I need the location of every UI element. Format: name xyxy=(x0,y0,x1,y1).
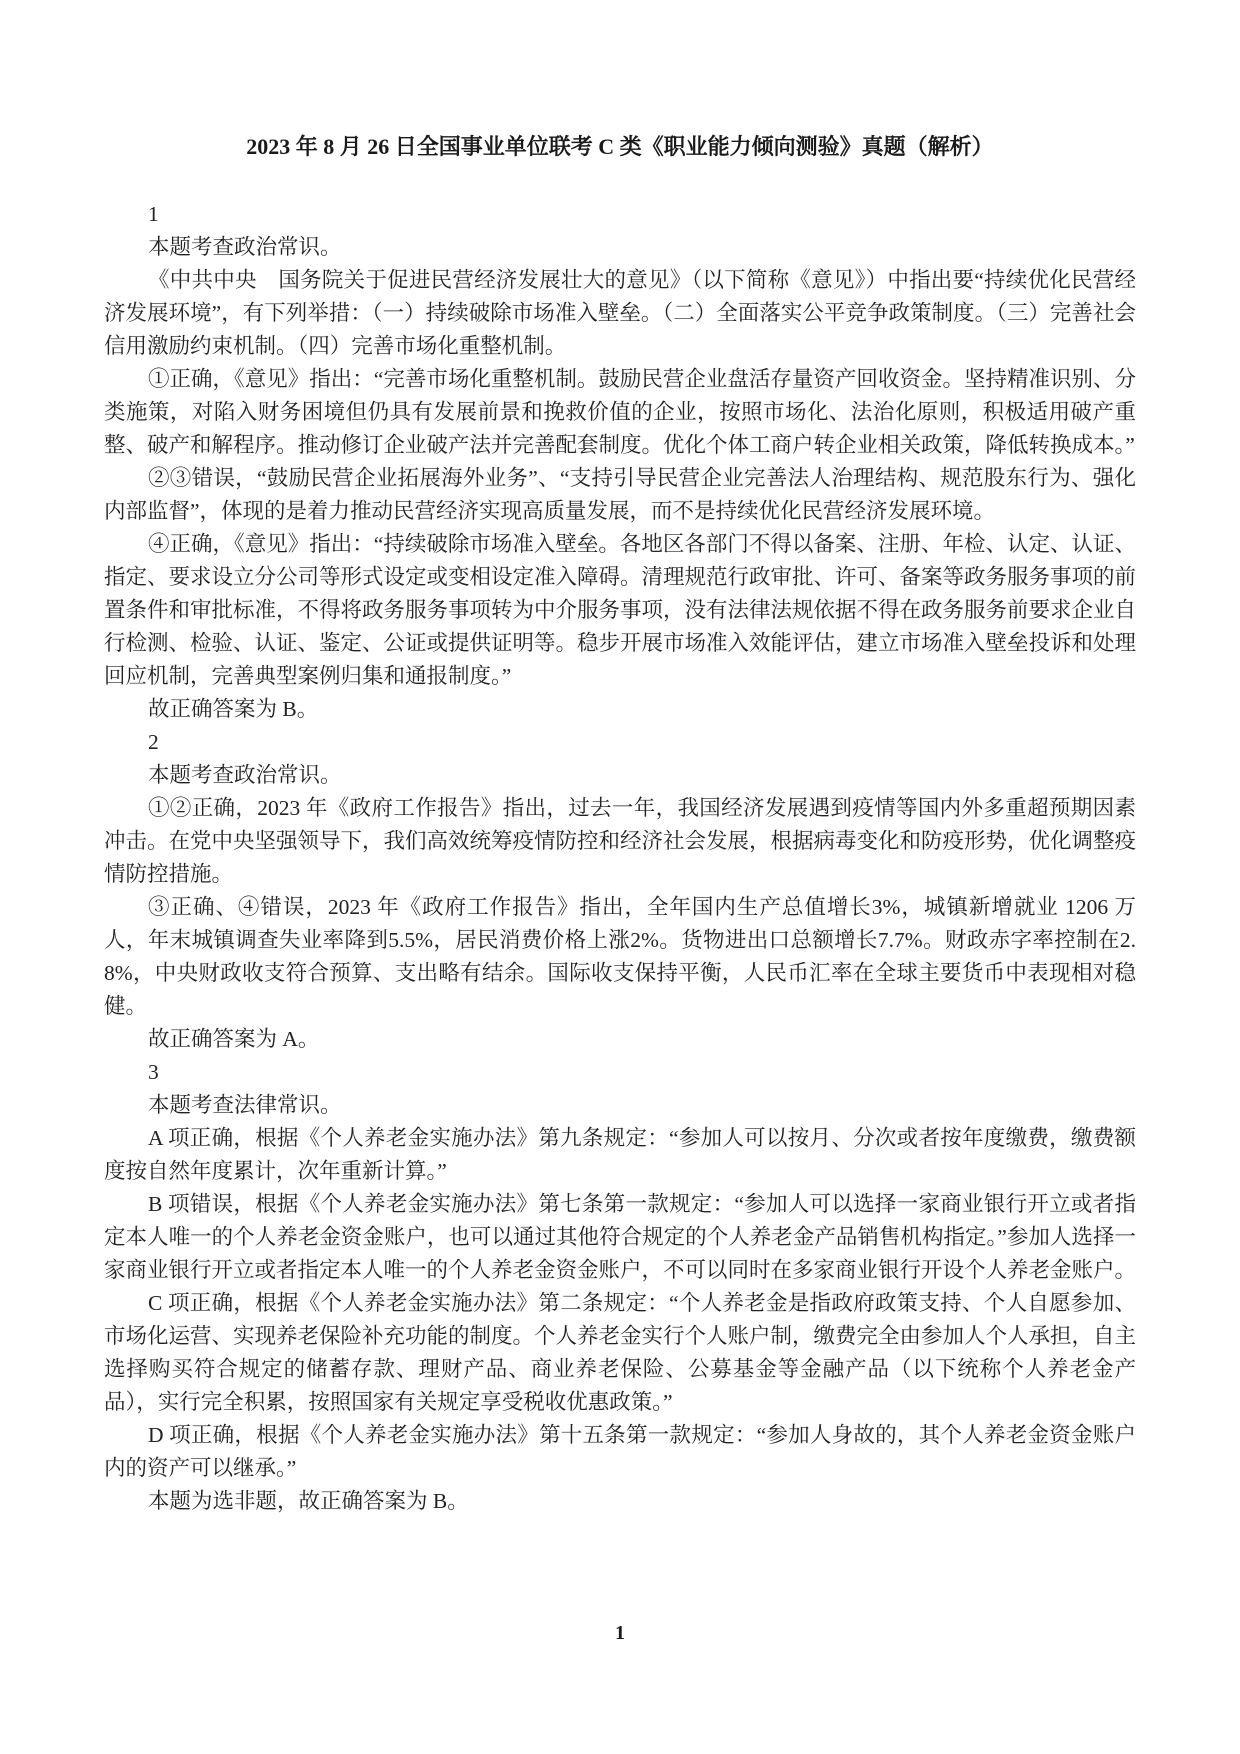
document-page: 2023 年 8 月 26 日全国事业单位联考 C 类《职业能力倾向测验》真题（… xyxy=(0,0,1240,1754)
question-3-analysis-option-b: B 项错误，根据《个人养老金实施办法》第七条第一款规定：“参加人可以选择一家商业… xyxy=(104,1188,1136,1287)
question-1-topic: 本题考查政治常识。 xyxy=(104,231,1136,264)
question-2-topic: 本题考查政治常识。 xyxy=(104,759,1136,792)
page-number: 1 xyxy=(0,1622,1240,1645)
question-3-answer: 本题为选非题，故正确答案为 B。 xyxy=(104,1485,1136,1518)
question-1-answer: 故正确答案为 B。 xyxy=(104,693,1136,726)
question-1-number: 1 xyxy=(104,198,1136,231)
question-1-analysis-option-1: ①正确，《意见》指出：“完善市场化重整机制。鼓励民营企业盘活存量资产回收资金。坚… xyxy=(104,363,1136,462)
question-1-analysis-option-2-3: ②③错误，“鼓励民营企业拓展海外业务”、“支持引导民营企业完善法人治理结构、规范… xyxy=(104,462,1136,528)
question-2-answer: 故正确答案为 A。 xyxy=(104,1023,1136,1056)
question-2-analysis-option-3-4: ③正确、④错误，2023 年《政府工作报告》指出，全年国内生产总值增长3%，城镇… xyxy=(104,891,1136,1023)
question-3-topic: 本题考查法律常识。 xyxy=(104,1089,1136,1122)
question-2-number: 2 xyxy=(104,726,1136,759)
question-1-analysis-option-4: ④正确，《意见》指出：“持续破除市场准入壁垒。各地区各部门不得以备案、注册、年检… xyxy=(104,528,1136,693)
document-title: 2023 年 8 月 26 日全国事业单位联考 C 类《职业能力倾向测验》真题（… xyxy=(0,0,1240,163)
question-3-analysis-option-c: C 项正确，根据《个人养老金实施办法》第二条规定：“个人养老金是指政府政策支持、… xyxy=(104,1287,1136,1419)
question-1-analysis-intro: 《中共中央 国务院关于促进民营经济发展壮大的意见》（以下简称《意见》）中指出要“… xyxy=(104,264,1136,363)
question-3-analysis-option-d: D 项正确，根据《个人养老金实施办法》第十五条第一款规定：“参加人身故的，其个人… xyxy=(104,1419,1136,1485)
question-3-number: 3 xyxy=(104,1056,1136,1089)
question-3-analysis-option-a: A 项正确，根据《个人养老金实施办法》第九条规定：“参加人可以按月、分次或者按年… xyxy=(104,1122,1136,1188)
question-2-analysis-option-1-2: ①②正确，2023 年《政府工作报告》指出，过去一年，我国经济发展遇到疫情等国内… xyxy=(104,792,1136,891)
document-body: 1 本题考查政治常识。 《中共中央 国务院关于促进民营经济发展壮大的意见》（以下… xyxy=(104,198,1136,1518)
